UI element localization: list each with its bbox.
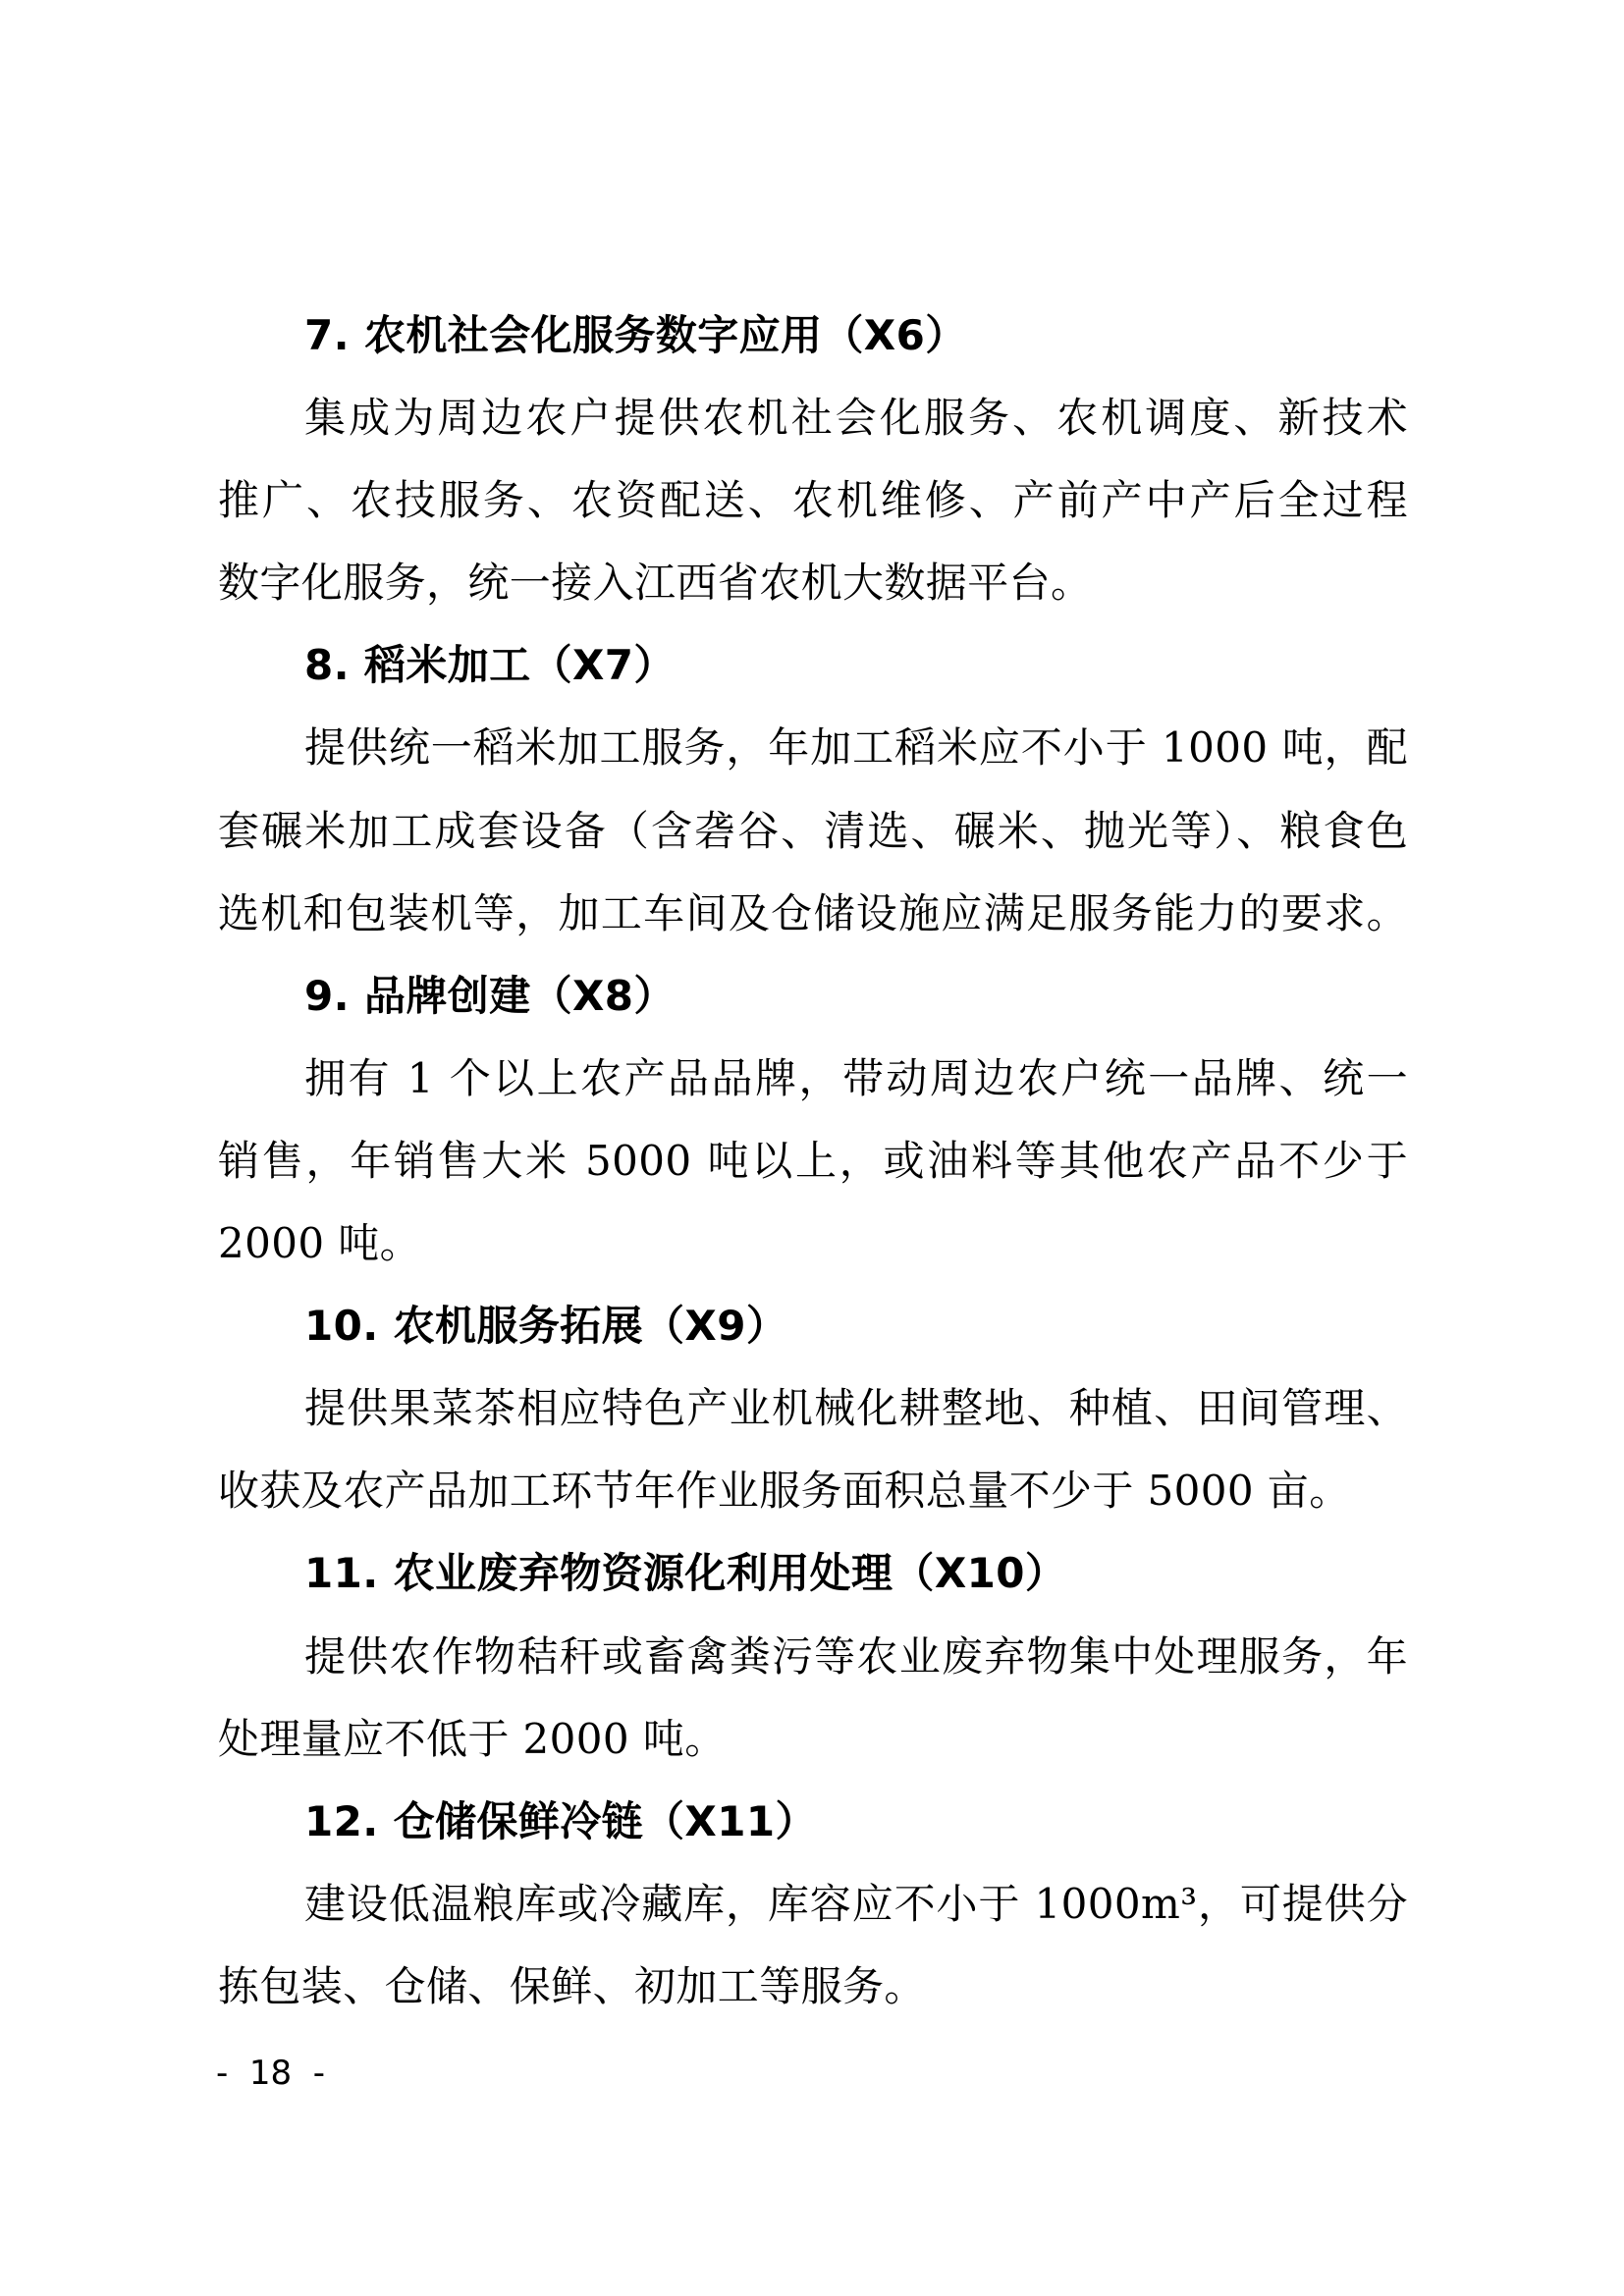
section-heading-x11: 12. 仓储保鲜冷链（X11）: [218, 1781, 1408, 1863]
paragraph-line: 提供农作物秸秆或畜禽粪污等农业废弃物集中处理服务，年: [218, 1616, 1408, 1698]
section-heading-x9: 10. 农机服务拓展（X9）: [218, 1285, 1408, 1367]
section-heading-x10: 11. 农业废弃物资源化利用处理（X10）: [218, 1532, 1408, 1615]
paragraph-line: 集成为周边农户提供农机社会化服务、农机调度、新技术: [218, 377, 1408, 459]
paragraph-line: 数字化服务，统一接入江西省农机大数据平台。: [218, 542, 1408, 624]
document-page: 7. 农机社会化服务数字应用（X6） 集成为周边农户提供农机社会化服务、农机调度…: [0, 0, 1624, 2296]
paragraph-line: 拣包装、仓储、保鲜、初加工等服务。: [218, 1946, 1408, 2028]
paragraph-line: 销售，年销售大米 5000 吨以上，或油料等其他农产品不少于: [218, 1120, 1408, 1202]
paragraph-line: 收获及农产品加工环节年作业服务面积总量不少于 5000 亩。: [218, 1450, 1408, 1532]
page-content: 7. 农机社会化服务数字应用（X6） 集成为周边农户提供农机社会化服务、农机调度…: [218, 294, 1408, 2028]
paragraph-line: 提供果菜茶相应特色产业机械化耕整地、种植、田间管理、: [218, 1367, 1408, 1450]
paragraph-line: 建设低温粮库或冷藏库，库容应不小于 1000m³，可提供分: [218, 1863, 1408, 1946]
section-heading-x6: 7. 农机社会化服务数字应用（X6）: [218, 294, 1408, 377]
paragraph-line: 处理量应不低于 2000 吨。: [218, 1698, 1408, 1781]
paragraph-line: 套碾米加工成套设备（含砻谷、清选、碾米、抛光等）、粮食色: [218, 790, 1408, 873]
section-heading-x8: 9. 品牌创建（X8）: [218, 955, 1408, 1038]
paragraph-line: 提供统一稻米加工服务，年加工稻米应不小于 1000 吨，配: [218, 707, 1408, 789]
page-number: - 18 -: [216, 2054, 325, 2093]
section-heading-x7: 8. 稻米加工（X7）: [218, 624, 1408, 707]
paragraph-line: 2000 吨。: [218, 1202, 1408, 1285]
paragraph-line: 拥有 1 个以上农产品品牌，带动周边农户统一品牌、统一: [218, 1038, 1408, 1120]
paragraph-line: 推广、农技服务、农资配送、农机维修、产前产中产后全过程: [218, 459, 1408, 542]
paragraph-line: 选机和包装机等，加工车间及仓储设施应满足服务能力的要求。: [218, 873, 1408, 955]
